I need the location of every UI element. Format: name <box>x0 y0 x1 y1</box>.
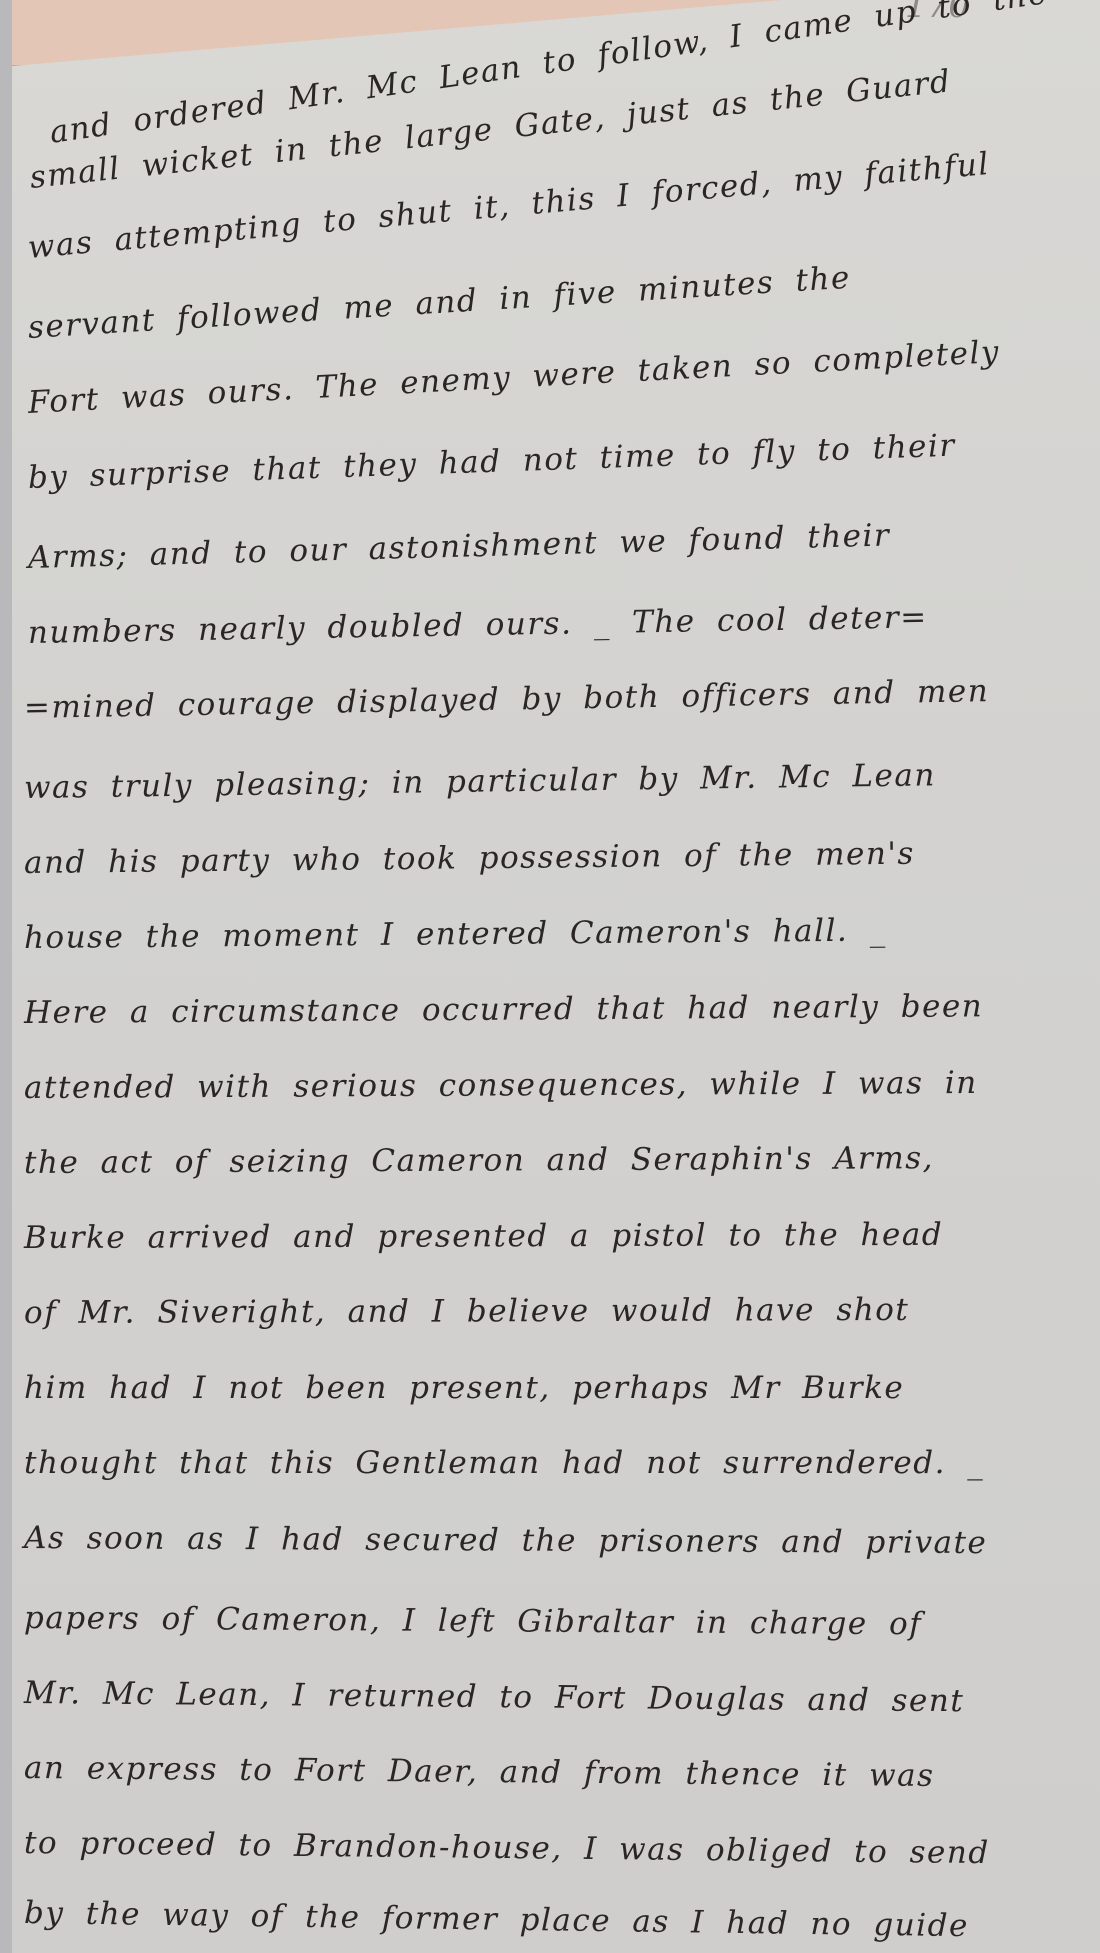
text-line: Here a circumstance occurred that had ne… <box>24 988 1074 1031</box>
text-line: attended with serious consequences, whil… <box>24 1065 1074 1106</box>
text-line: of Mr. Siveright, and I believe would ha… <box>24 1291 1074 1331</box>
text-line: papers of Cameron, I left Gibraltar in c… <box>24 1600 1074 1643</box>
text-line: As soon as I had secured the prisoners a… <box>24 1520 1074 1561</box>
text-line: him had I not been present, perhaps Mr B… <box>24 1370 1074 1406</box>
text-line: thought that this Gentleman had not surr… <box>24 1445 1074 1481</box>
text-line: the act of seizing Cameron and Seraphin'… <box>24 1140 1074 1181</box>
binding-edge <box>0 0 12 1953</box>
text-line: Burke arrived and presented a pistol to … <box>24 1216 1074 1256</box>
